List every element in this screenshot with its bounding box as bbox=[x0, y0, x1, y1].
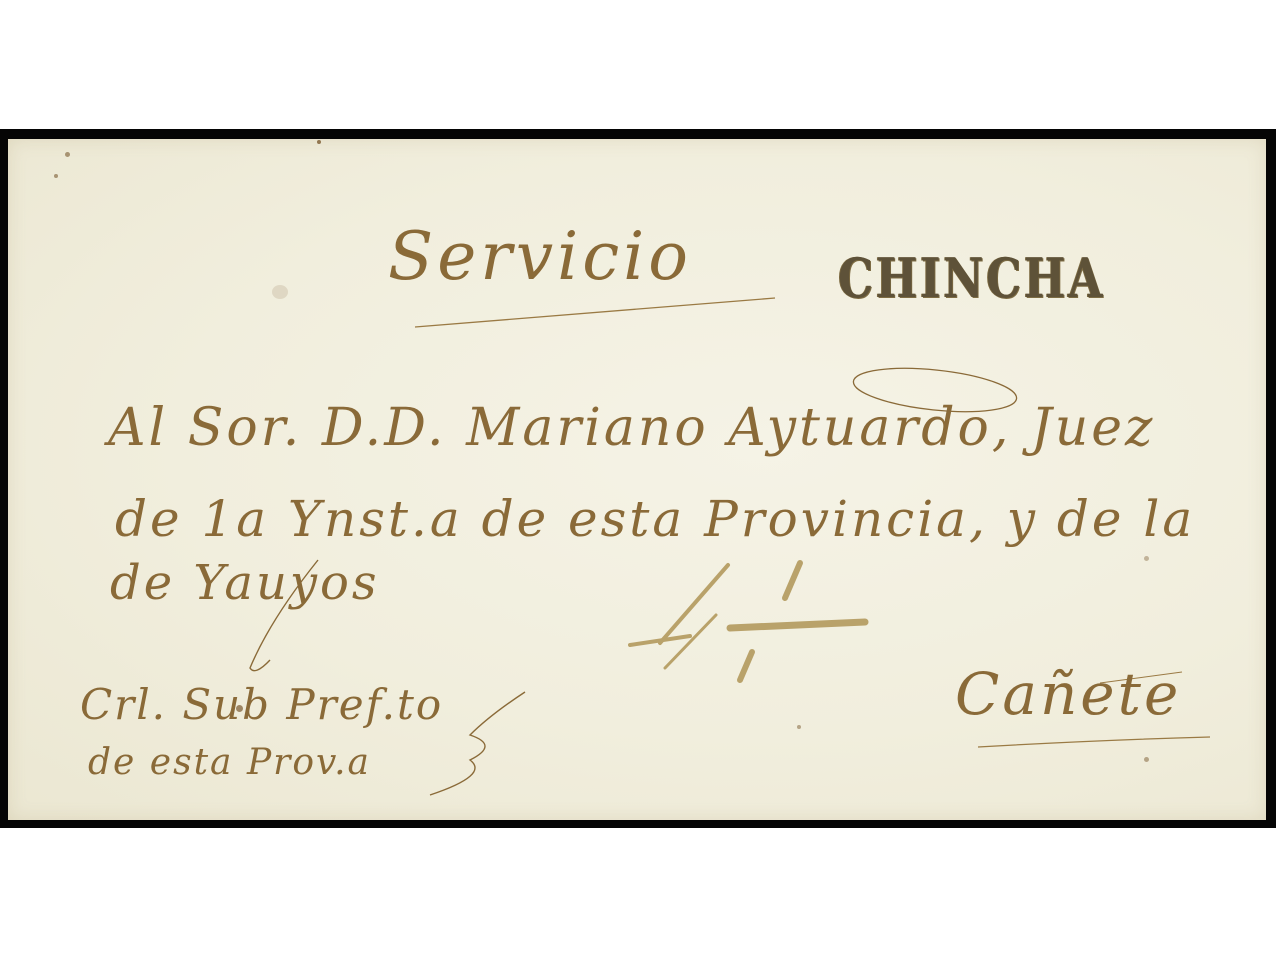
chincha-postmark: CHINCHA bbox=[838, 246, 1105, 310]
sender-line-2: de esta Prov.a bbox=[88, 742, 371, 783]
address-line-1: Al Sor. D.D. Mariano Aytuardo, Juez bbox=[108, 398, 1155, 458]
paper-edge-notch bbox=[0, 139, 8, 339]
service-marking: Servicio bbox=[388, 218, 692, 295]
address-line-2: de 1a Ynst.a de esta Provincia, y de la bbox=[115, 490, 1195, 548]
foxing-spot bbox=[1144, 757, 1149, 762]
foxing-spot bbox=[797, 725, 801, 729]
foxing-spot bbox=[236, 705, 243, 712]
foxing-spot bbox=[54, 174, 58, 178]
foxing-spot bbox=[65, 152, 70, 157]
sender-line-1: Crl. Sub Pref.to bbox=[80, 680, 443, 729]
foxing-spot bbox=[1144, 556, 1149, 561]
foxing-spot bbox=[272, 285, 288, 299]
rate-marking: 4 r bbox=[630, 590, 637, 591]
address-line-3: de Yauyos bbox=[110, 555, 380, 611]
destination-town: Cañete bbox=[955, 660, 1181, 728]
foxing-spot bbox=[317, 140, 321, 144]
